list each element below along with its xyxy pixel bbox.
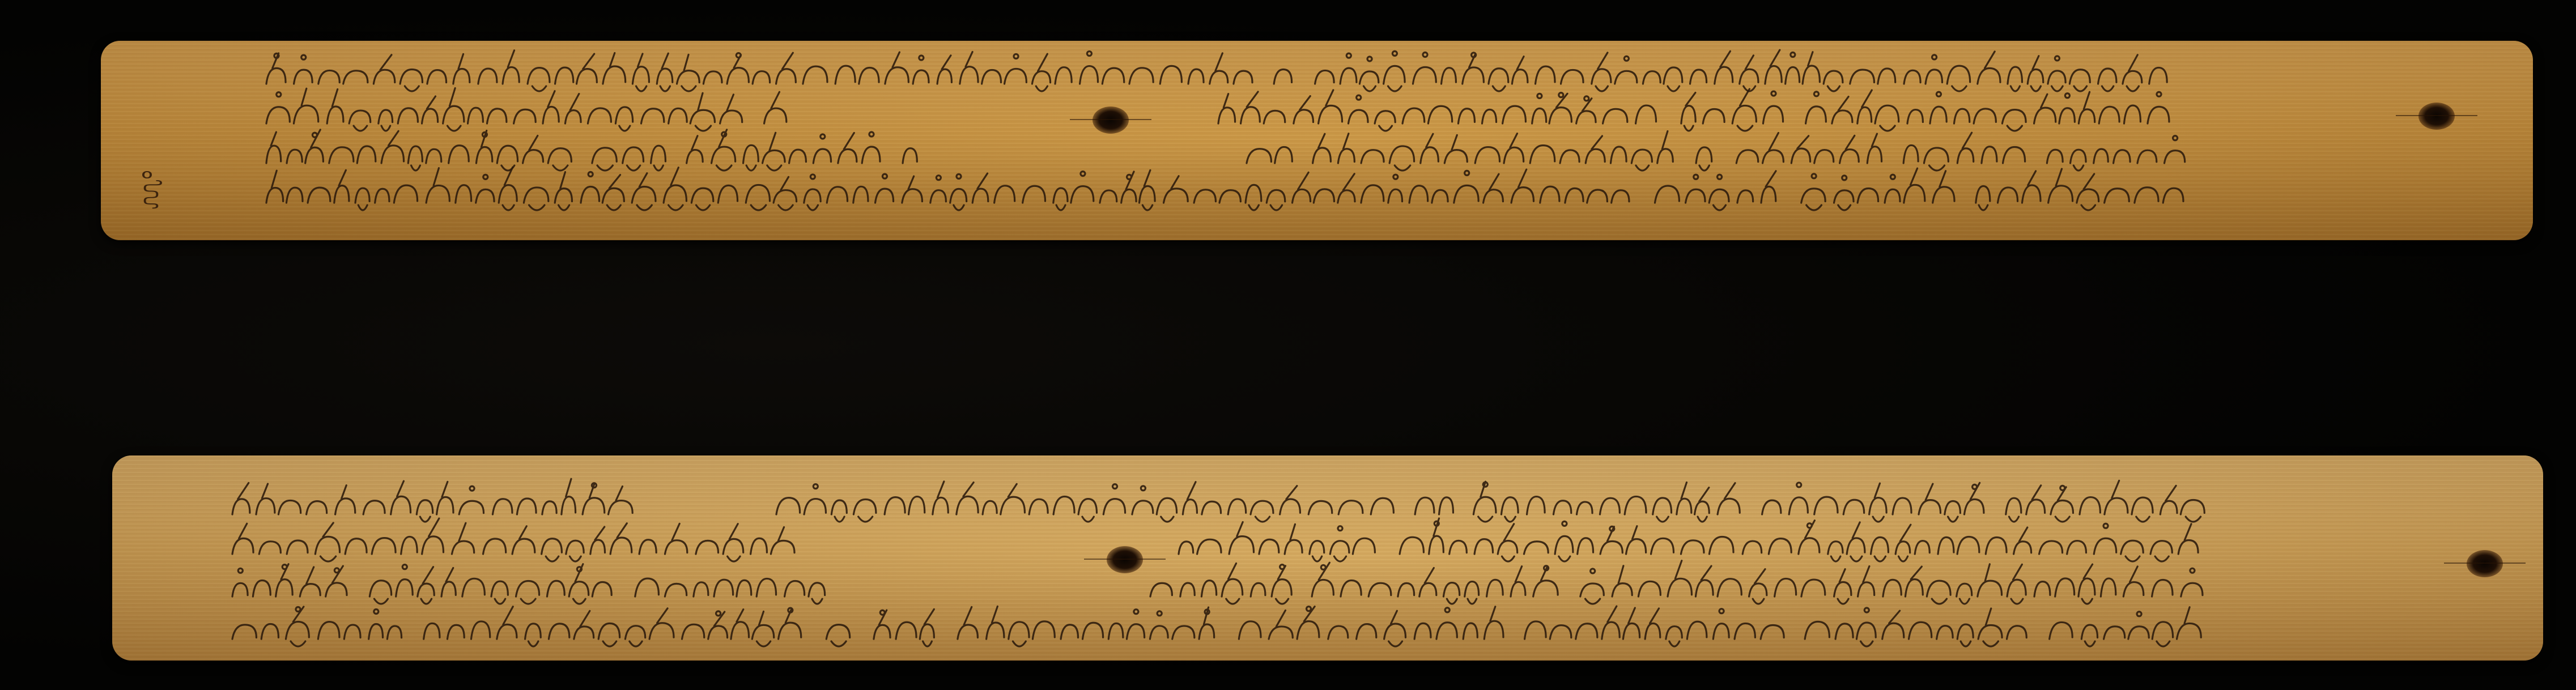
handwritten-balinese-text <box>232 487 2204 527</box>
script-line <box>232 612 2204 651</box>
binding-hole <box>2467 550 2503 577</box>
script-line <box>266 96 2187 136</box>
script-line <box>266 136 2187 176</box>
handwritten-balinese-text <box>266 96 2187 136</box>
handwritten-balinese-text <box>232 612 2204 651</box>
binding-hole <box>2418 103 2455 130</box>
handwritten-balinese-text <box>266 176 2187 215</box>
script-line <box>232 527 2204 567</box>
handwritten-balinese-text <box>232 569 2204 609</box>
script-line <box>232 487 2204 527</box>
handwritten-balinese-text <box>232 527 2204 567</box>
leaf-number-label: ᭚᭜ <box>136 62 162 210</box>
script-line <box>266 176 2187 215</box>
handwritten-balinese-text <box>266 136 2187 176</box>
script-line <box>232 569 2204 609</box>
